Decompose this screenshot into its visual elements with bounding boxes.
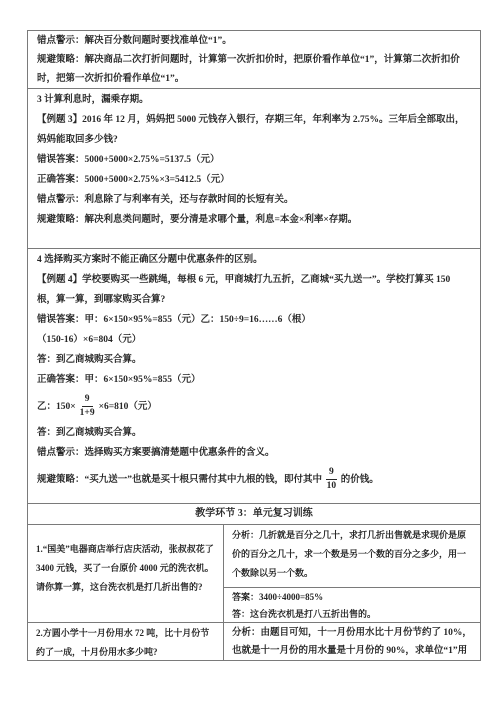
error-point-purchase: 错点警示：选择购买方案要搞清楚题中优惠条件的含义。 <box>37 443 471 463</box>
question-2-text: 2.方圆小学十一月份用水 72 吨，比十月份节约了一成，十月份用水多少吨? <box>36 624 215 660</box>
fraction-numerator: 9 <box>326 467 337 480</box>
question-1-solution-cell: 分析：几折就是百分之几十，求打几折出售就是求现价是原价的百分之几十，求一个数是另… <box>224 525 480 622</box>
wrong-answer-interest: 错误答案：5000+5000×2.75%=5137.5（元） <box>37 150 471 170</box>
row-interest-mistake: 3 计算利息时，漏乘存期。 【例题 3】2016 年 12 月，妈妈把 5000… <box>28 89 480 249</box>
lesson-plan-table: 错点警示：解决百分数问题时要找准单位“1”。 规避策略：解决商品二次打折问题时，… <box>27 30 481 661</box>
row-question-2: 2.方圆小学十一月份用水 72 吨，比十月份节约了一成，十月份用水多少吨? 分析… <box>28 623 480 660</box>
strategy-prefix: 规避策略：“买九送一”也就是买十根只需付其中九根的钱，即付其中 <box>37 474 322 486</box>
answer-1-cell: 答案：3400÷4000=85% 答：这台洗衣机是打八五折出售的。 <box>224 588 480 622</box>
correct-answer-jia: 正确答案：甲：6×150×95%=855（元） <box>37 370 471 390</box>
question-2-solution-cell: 分析：由题目可知，十一月份用水比十月份节约了 10%，也就是十一月份的用水量是十… <box>224 623 480 660</box>
mistake-4-heading: 4 选择购买方案时不能正确区分题中优惠条件的区别。 <box>37 250 471 270</box>
fraction-denominator: 1+9 <box>80 407 95 419</box>
question-1-text: 1.“国美”电器商店举行店庆活动，张叔叔花了 3400 元钱，买了一台原价 40… <box>36 540 215 597</box>
document-page: 错点警示：解决百分数问题时要找准单位“1”。 规避策略：解决商品二次打折问题时，… <box>0 0 500 707</box>
correct-answer-interest: 正确答案：5000+5000×2.75%×3=5412.5（元） <box>37 170 471 190</box>
correct-answer-yi-formula: 乙：150× 9 1+9 ×6=810（元） <box>37 390 471 423</box>
answer-1-result: 答案：3400÷4000=85% <box>232 589 472 606</box>
fraction-9-over-10: 9 10 <box>326 467 337 492</box>
strategy-interest: 规避策略：解决利息类问题时，要分清是求哪个量，利息=本金×利率×存期。 <box>37 210 471 230</box>
correct-answer-conclusion: 答：到乙商城购买合算。 <box>37 423 471 443</box>
row-purchase-mistake: 4 选择购买方案时不能正确区分题中优惠条件的区别。 【例题 4】学校要购买一些跳… <box>28 249 480 504</box>
question-2-cell: 2.方圆小学十一月份用水 72 吨，比十月份节约了一成，十月份用水多少吨? <box>28 623 224 660</box>
wrong-answer-purchase-cont: （150-16）×6=804（元） <box>37 330 471 350</box>
example-3-problem: 【例题 3】2016 年 12 月，妈妈把 5000 元钱存入银行，存期三年，年… <box>37 110 471 150</box>
row-section-header: 教学环节 3：单元复习训练 <box>28 504 480 525</box>
analysis-1-text: 分析：几折就是百分之几十，求打几折出售就是求现价是原价的百分之几十，求一个数是另… <box>232 526 472 583</box>
row-warning-strategy: 错点警示：解决百分数问题时要找准单位“1”。 规避策略：解决商品二次打折问题时，… <box>28 31 480 89</box>
row-question-1: 1.“国美”电器商店举行店庆活动，张叔叔花了 3400 元钱，买了一台原价 40… <box>28 525 480 623</box>
example-4-problem: 【例题 4】学校要购买一些跳绳，每根 6 元，甲商城打九五折，乙商城“买九送一”… <box>37 270 471 310</box>
wrong-answer-conclusion: 答：到乙商城购买合算。 <box>37 350 471 370</box>
mistake-3-heading: 3 计算利息时，漏乘存期。 <box>37 90 471 110</box>
wrong-answer-purchase: 错误答案：甲：6×150×95%=855（元）乙：150÷9=16……6（根） <box>37 310 471 330</box>
formula-prefix: 乙：150× <box>37 401 76 413</box>
answer-1-conclusion: 答：这台洗衣机是打八五折出售的。 <box>232 606 472 622</box>
section-header-title: 教学环节 3：单元复习训练 <box>195 508 313 519</box>
fraction-9-over-1plus9: 9 1+9 <box>80 394 95 419</box>
fraction-denominator: 10 <box>327 480 337 492</box>
error-point-warning-note: 错点警示：解决百分数问题时要找准单位“1”。 <box>37 32 471 51</box>
strategy-purchase-note: 规避策略：“买九送一”也就是买十根只需付其中九根的钱，即付其中 9 10 的价钱… <box>37 463 471 496</box>
error-point-interest: 错点警示：利息除了与利率有关，还与存款时间的长短有关。 <box>37 190 471 210</box>
analysis-2-text: 分析：由题目可知，十一月份用水比十月份节约了 10%，也就是十一月份的用水量是十… <box>232 624 472 660</box>
strategy-suffix: 的价钱。 <box>341 474 379 486</box>
analysis-1-cell: 分析：几折就是百分之几十，求打几折出售就是求现价是原价的百分之几十，求一个数是另… <box>224 525 480 588</box>
question-1-cell: 1.“国美”电器商店举行店庆活动，张叔叔花了 3400 元钱，买了一台原价 40… <box>28 525 224 622</box>
formula-suffix: ×6=810（元） <box>99 401 157 413</box>
fraction-numerator: 9 <box>82 394 93 407</box>
avoidance-strategy-note: 规避策略：解决商品二次打折问题时，计算第一次折扣价时，把原价看作单位“1”，计算… <box>37 51 471 89</box>
